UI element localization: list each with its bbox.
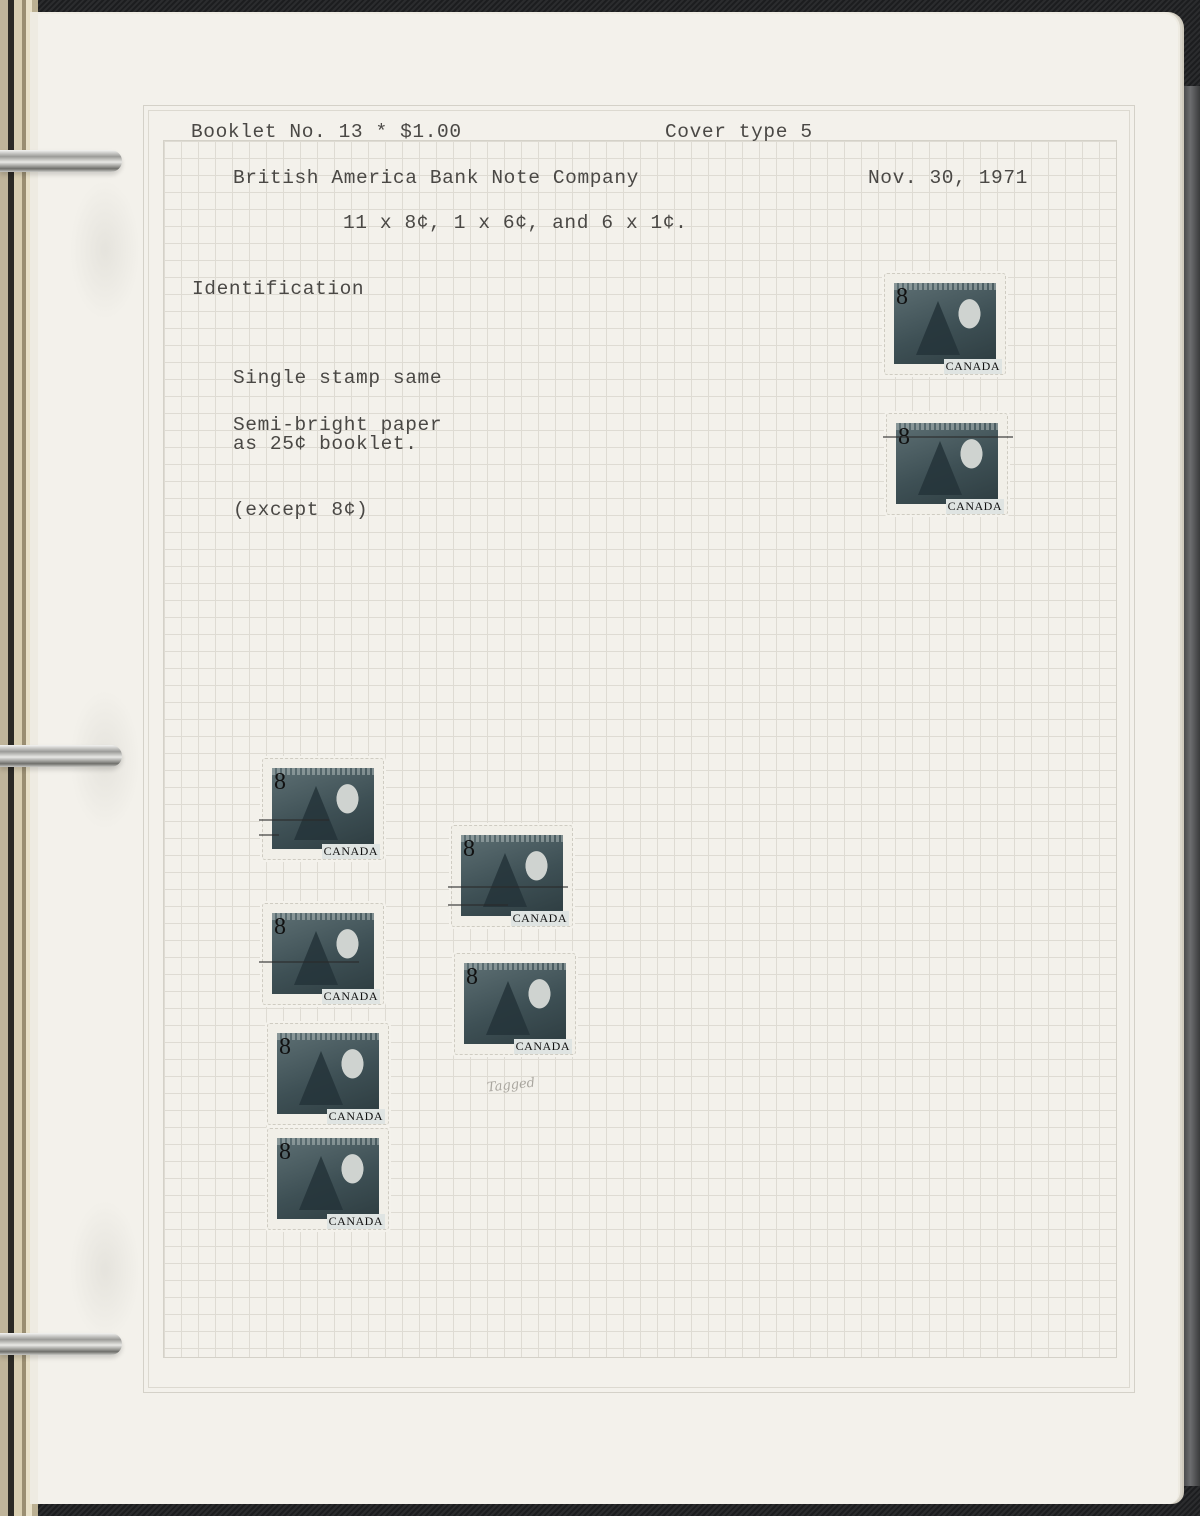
ring-shadow (70, 180, 140, 320)
cancel-mark (448, 886, 568, 888)
stamp: 8 CANADA (267, 1023, 389, 1125)
stamp-design (272, 768, 374, 849)
identification-line: as 25¢ booklet. (233, 433, 442, 455)
stamp: 8 CANADA (454, 953, 576, 1055)
stamp-country: CANADA (944, 359, 1002, 374)
stamp-country: CANADA (327, 1109, 385, 1124)
stamp-denomination: 8 (466, 964, 478, 991)
stamp-design (277, 1033, 379, 1114)
stamp-design (272, 913, 374, 994)
stamp: 8 CANADA (262, 758, 384, 860)
issue-date: Nov. 30, 1971 (868, 167, 1028, 189)
stamp-country: CANADA (322, 989, 380, 1004)
cancel-mark (883, 436, 1013, 438)
stamp-denomination: 8 (279, 1034, 291, 1061)
stamp-denomination: 8 (274, 914, 286, 941)
stamp-design (894, 283, 996, 364)
identification-heading: Identification (192, 278, 364, 300)
stamp: 8 CANADA (886, 413, 1008, 515)
stamp-denomination: 8 (279, 1139, 291, 1166)
cancel-mark (259, 961, 359, 963)
booklet-contents: 11 x 8¢, 1 x 6¢, and 6 x 1¢. (343, 212, 687, 234)
binder-ring-middle (0, 745, 122, 767)
binder-ring-top (0, 150, 122, 172)
stamp-denomination: 8 (274, 769, 286, 796)
cancel-mark (259, 834, 279, 836)
cancel-mark (259, 819, 329, 821)
stamp-country: CANADA (514, 1039, 572, 1054)
paper-type: Semi-bright paper (233, 414, 442, 436)
stamp-denomination: 8 (463, 836, 475, 863)
identification-line: Single stamp same (233, 367, 442, 389)
ring-shadow (70, 1200, 140, 1340)
binder-ring-bottom (0, 1333, 122, 1355)
identification-line: (except 8¢) (233, 499, 442, 521)
stamp-country: CANADA (511, 911, 569, 926)
stamp: 8 CANADA (451, 825, 573, 927)
cancel-mark (448, 904, 508, 906)
stamp-country: CANADA (322, 844, 380, 859)
stamp-country: CANADA (946, 499, 1004, 514)
booklet-title: Booklet No. 13 * $1.00 (191, 121, 462, 143)
binder-cover-edge (1184, 86, 1200, 1486)
stamp: 8 CANADA (267, 1128, 389, 1230)
stamp: 8 CANADA (262, 903, 384, 1005)
stamp: 8 CANADA (884, 273, 1006, 375)
stamp-denomination: 8 (896, 284, 908, 311)
cover-type: Cover type 5 (665, 121, 813, 143)
printer-name: British America Bank Note Company (233, 167, 639, 189)
stamp-design (464, 963, 566, 1044)
stamp-design (277, 1138, 379, 1219)
stamp-country: CANADA (327, 1214, 385, 1229)
